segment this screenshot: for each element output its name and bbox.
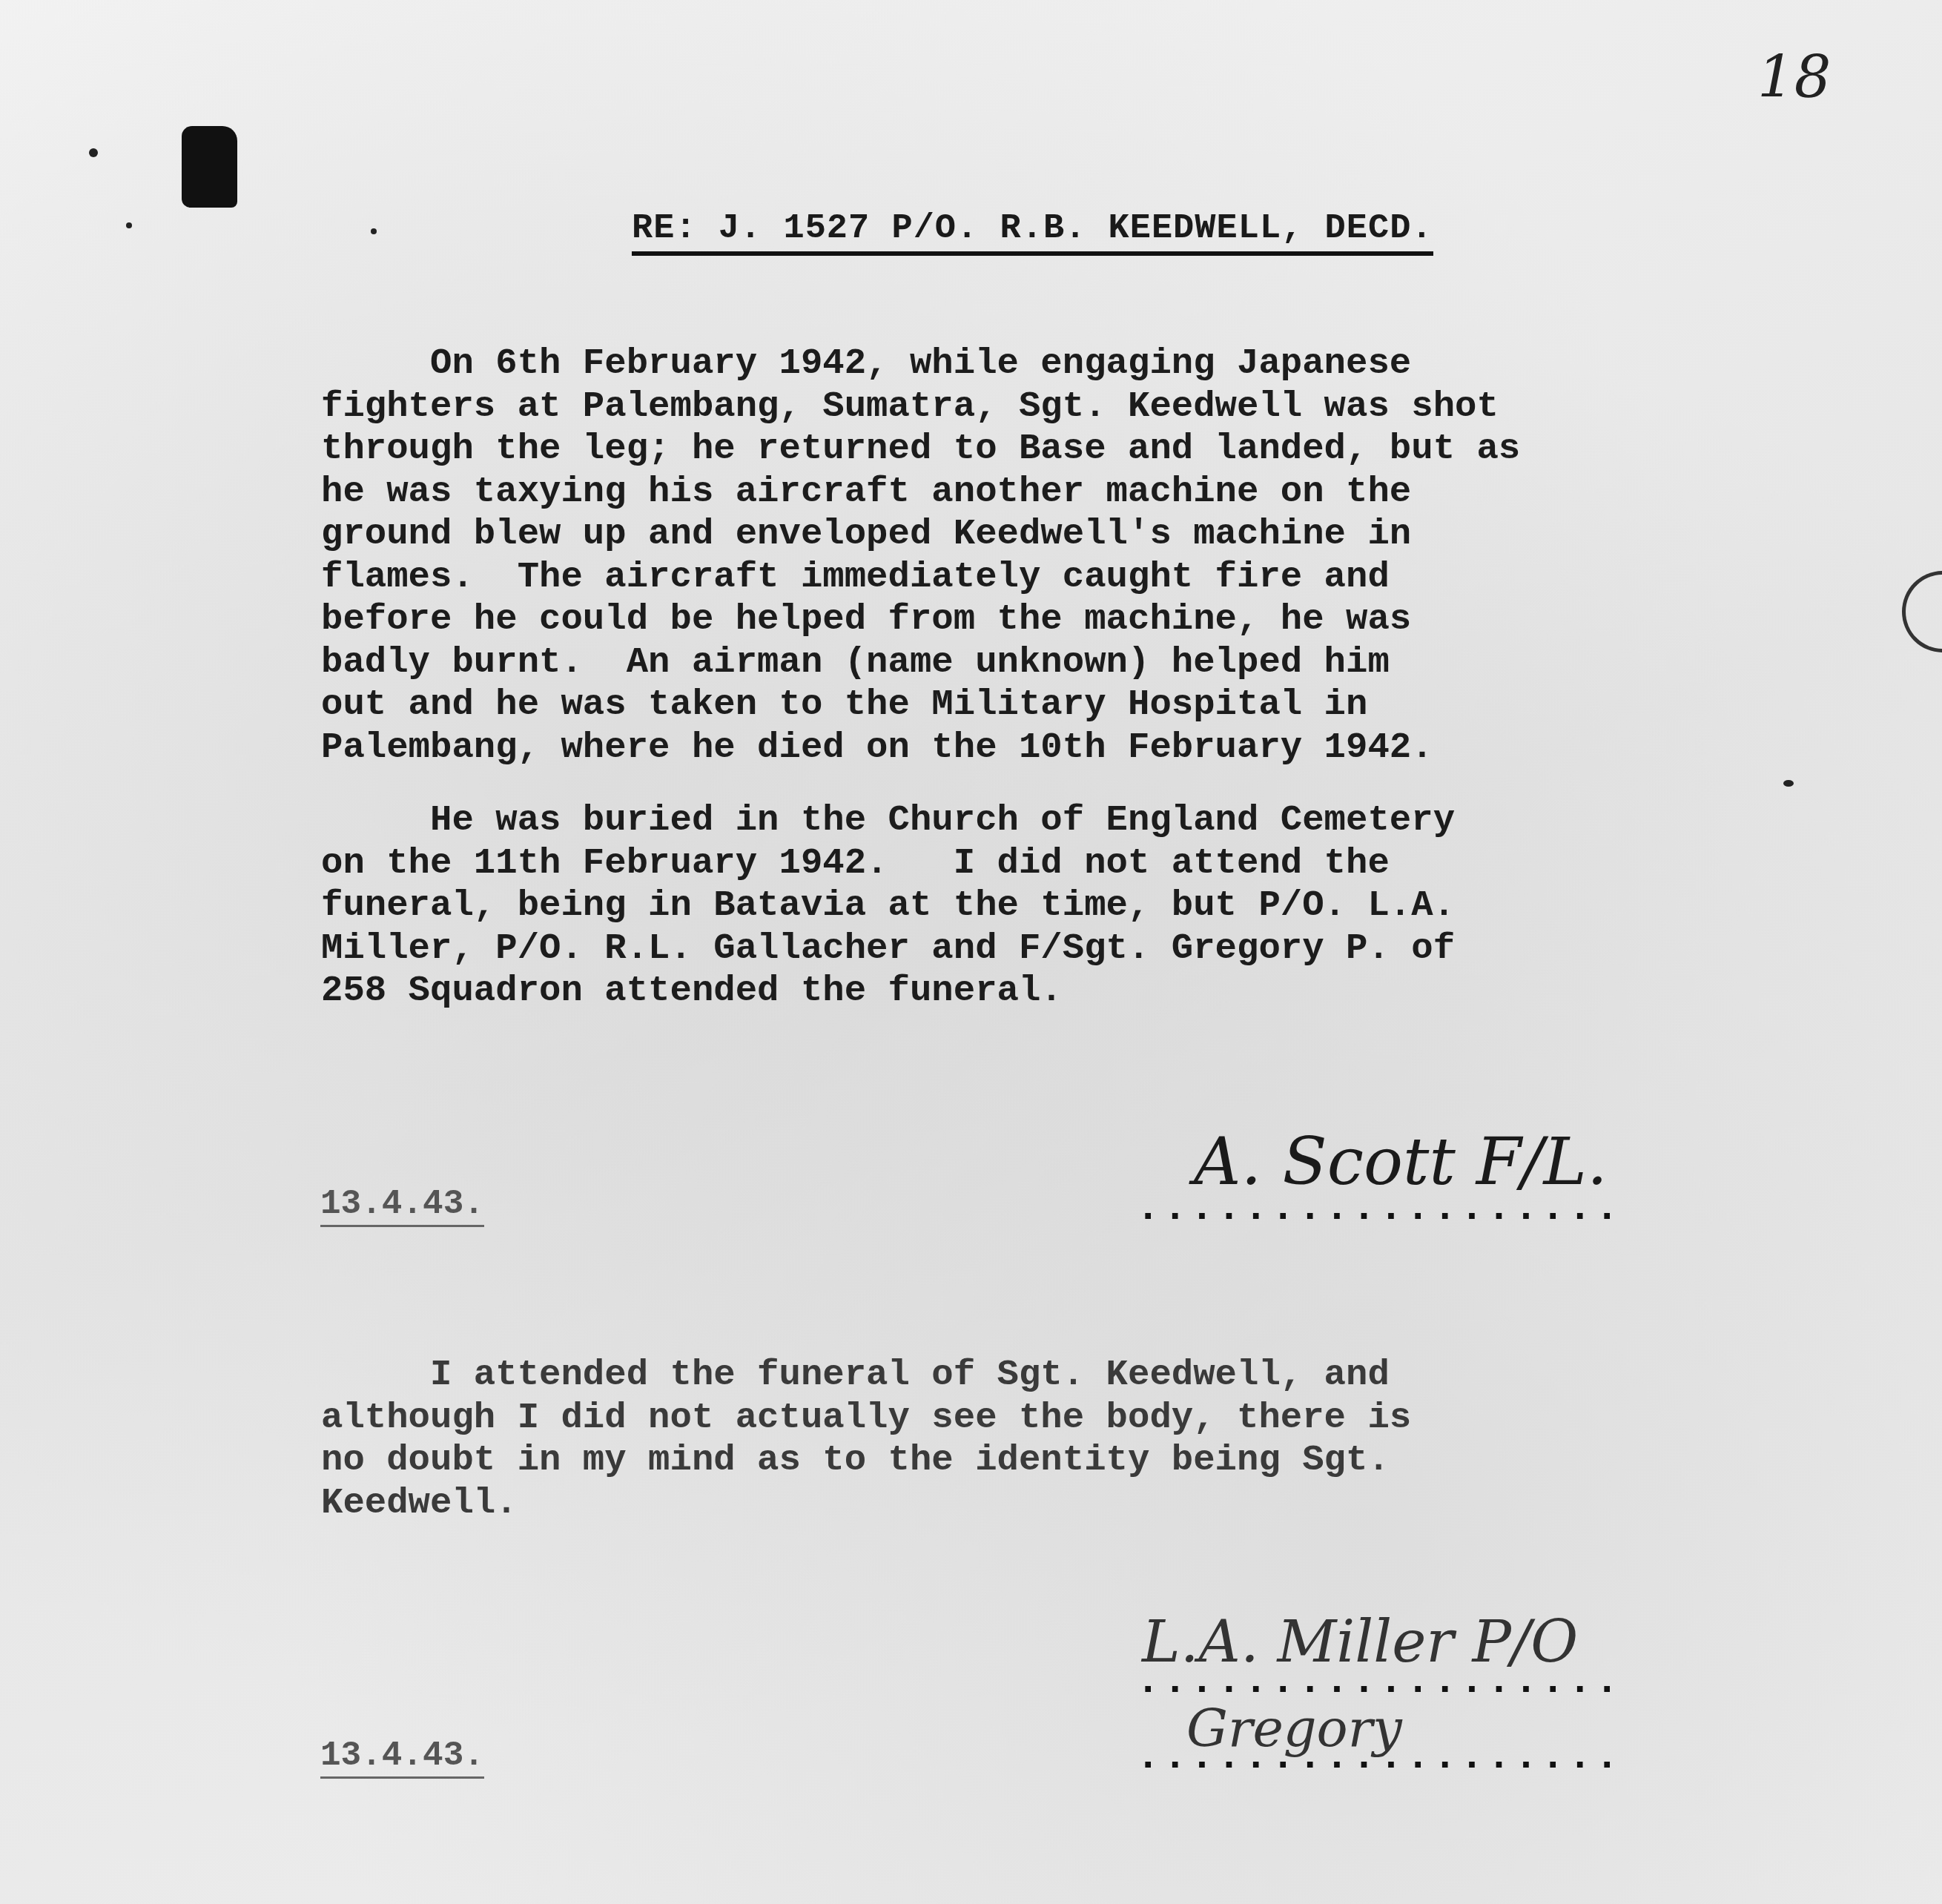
- ink-speck: [126, 222, 132, 228]
- text-line: Miller, P/O. R.L. Gallacher and F/Sgt. G…: [321, 928, 1455, 971]
- text-line: he was taxying his aircraft another mach…: [321, 471, 1520, 514]
- signature-line: ..................: [1136, 1186, 1622, 1232]
- ink-speck: [89, 148, 98, 157]
- text-line: Keedwell.: [321, 1482, 1411, 1525]
- text-line: flames. The aircraft immediately caught …: [321, 556, 1520, 599]
- signature-line: ..................: [1136, 1735, 1622, 1780]
- punch-hole: [182, 126, 237, 208]
- paragraph-funeral-attestation: I attended the funeral of Sgt. Keedwell,…: [321, 1354, 1411, 1524]
- text-line: On 6th February 1942, while engaging Jap…: [321, 343, 1520, 386]
- paragraph-incident: On 6th February 1942, while engaging Jap…: [321, 343, 1520, 769]
- text-line: fighters at Palembang, Sumatra, Sgt. Kee…: [321, 386, 1520, 429]
- text-line: I attended the funeral of Sgt. Keedwell,…: [321, 1354, 1411, 1397]
- document-page: 18 RE: J. 1527 P/O. R.B. KEEDWELL, DECD.…: [0, 0, 1942, 1904]
- text-line: on the 11th February 1942. I did not att…: [321, 842, 1455, 885]
- text-line: out and he was taken to the Military Hos…: [321, 684, 1520, 727]
- text-line: Palembang, where he died on the 10th Feb…: [321, 727, 1520, 770]
- page-number: 18: [1757, 44, 1831, 111]
- text-line: before he could be helped from the machi…: [321, 598, 1520, 641]
- text-line: badly burnt. An airman (name unknown) he…: [321, 641, 1520, 684]
- text-line: although I did not actually see the body…: [321, 1397, 1411, 1440]
- statement-date: 13.4.43.: [320, 1736, 484, 1779]
- text-line: He was buried in the Church of England C…: [321, 799, 1455, 842]
- ink-speck: [1783, 780, 1794, 787]
- text-line: through the leg; he returned to Base and…: [321, 428, 1520, 471]
- text-line: funeral, being in Batavia at the time, b…: [321, 885, 1455, 928]
- text-line: ground blew up and enveloped Keedwell's …: [321, 513, 1520, 556]
- text-line: 258 Squadron attended the funeral.: [321, 970, 1455, 1013]
- margin-bracket-mark: [1902, 571, 1942, 652]
- paragraph-burial: He was buried in the Church of England C…: [321, 799, 1455, 1013]
- ink-speck: [371, 228, 377, 234]
- document-title: RE: J. 1527 P/O. R.B. KEEDWELL, DECD.: [632, 209, 1433, 256]
- text-line: no doubt in my mind as to the identity b…: [321, 1439, 1411, 1482]
- statement-date: 13.4.43.: [320, 1185, 484, 1227]
